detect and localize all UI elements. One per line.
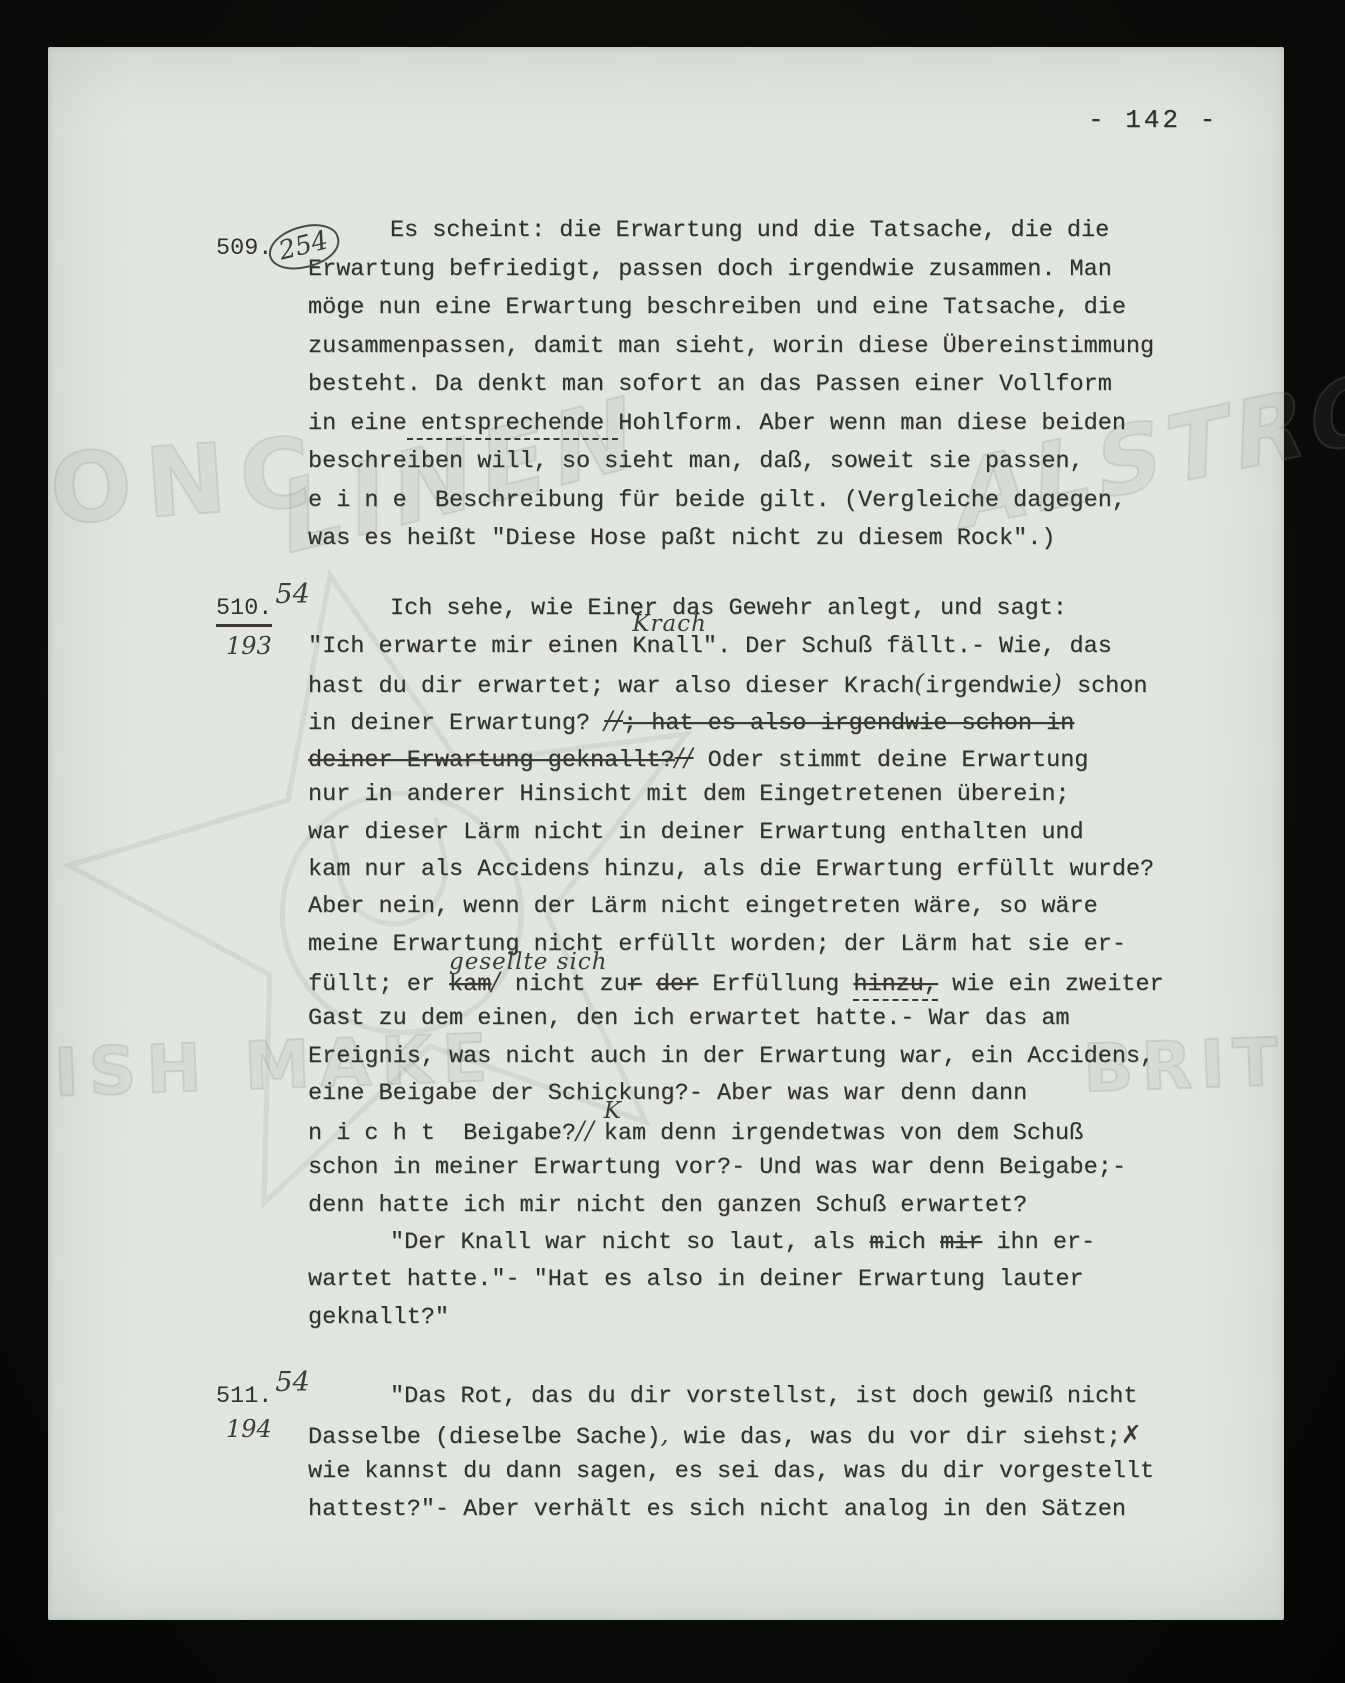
typed-text: Ich sehe, wie Einer das Gewehr anlegt, u…	[390, 595, 1067, 622]
typed-text: meine Erwartung nicht erfüllt worden; de…	[308, 931, 1126, 958]
typed-text: was es heißt "Diese Hose paßt nicht zu d…	[308, 525, 1055, 552]
margin-notes: 510.54193	[216, 590, 308, 660]
text-line: hattest?"- Aber verhält es sich nicht an…	[308, 1491, 1208, 1529]
text-line: Gast zu dem einen, den ich erwartet hatt…	[308, 1000, 1208, 1037]
text-line: "Das Rot, das du dir vorstellst, ist doc…	[308, 1378, 1208, 1416]
section-510: 510.54193Ich sehe, wie Einer das Gewehr …	[308, 590, 1208, 1336]
typed-text: zusammenpassen, damit man sieht, worin d…	[308, 333, 1154, 360]
struck-underlined-text: hinzu,	[853, 971, 938, 1001]
margin-notes: 509.254	[216, 212, 308, 268]
typed-text: e i n e Beschreibung für beide gilt. (Ve…	[308, 487, 1126, 514]
section-number: 511.	[216, 1383, 272, 1410]
text-line: n i c h t Beigabe?// Kkam denn irgendetw…	[308, 1112, 1208, 1149]
section-number: 510.	[216, 596, 272, 627]
text-line: möge nun eine Erwartung beschreiben und …	[308, 289, 1208, 328]
struck-text: r	[628, 971, 642, 998]
handwritten-sup-note: 54	[275, 1367, 309, 1398]
struck-text: m	[869, 1229, 883, 1256]
handwritten-mark: (	[914, 669, 925, 698]
text-line: wartet hatte."- "Hat es also in deiner E…	[308, 1261, 1208, 1298]
text-line: Aber nein, wenn der Lärm nicht eingetret…	[308, 888, 1208, 925]
typed-text: denn hatte ich mir nicht den ganzen Schu…	[308, 1192, 1027, 1219]
struck-text: mir	[940, 1229, 982, 1256]
typed-text: beschreiben will, so sieht man, daß, sow…	[308, 448, 1084, 475]
handwritten-sub-note: 193	[226, 632, 272, 660]
text-line: geknallt?"	[308, 1299, 1208, 1336]
typed-text: nur in anderer Hinsicht mit dem Eingetre…	[308, 781, 1070, 808]
typed-text: möge nun eine Erwartung beschreiben und …	[308, 294, 1126, 321]
text-line: schon in meiner Erwartung vor?- Und was …	[308, 1149, 1208, 1186]
typed-text: Knall". Der Schuß fällt.- Wie, das	[632, 633, 1111, 660]
typed-text: Erwartung befriedigt, passen doch irgend…	[308, 256, 1112, 283]
struck-text: ; hat es also irgendwie schon in	[623, 710, 1074, 737]
typed-text: in eine	[308, 410, 407, 437]
typed-text: in deiner Erwartung?	[308, 710, 604, 737]
section-511: 511.54194"Das Rot, das du dir vorstellst…	[308, 1378, 1208, 1528]
typed-text: schon	[1063, 673, 1148, 700]
section-509: 509.254Es scheint: die Erwartung und die…	[308, 212, 1208, 559]
typed-text: kam nur als Accidens hinzu, als die Erwa…	[308, 856, 1154, 883]
section-number: 509.	[216, 235, 272, 262]
text-line: "Ich erwarte mir einen KrachKnall". Der …	[308, 627, 1208, 664]
text-line: was es heißt "Diese Hose paßt nicht zu d…	[308, 520, 1208, 559]
text-line: war dieser Lärm nicht in deiner Erwartun…	[308, 814, 1208, 851]
struck-text: kam	[449, 971, 491, 998]
typed-text: Oder stimmt deine Erwartung	[694, 747, 1089, 774]
text-line: Es scheint: die Erwartung und die Tatsac…	[308, 212, 1208, 251]
text-line: denn hatte ich mir nicht den ganzen Schu…	[308, 1187, 1208, 1224]
handwritten-mark: //	[576, 1116, 604, 1145]
typed-text: besteht. Da denkt man sofort an das Pass…	[308, 371, 1112, 398]
watermark-text: ONC	[46, 416, 328, 547]
typed-text: Dasselbe (dieselbe Sache)	[308, 1424, 661, 1451]
typed-text: "Der Knall war nicht so laut, als	[390, 1229, 869, 1256]
handwritten-sup-note: 54	[275, 579, 309, 610]
text-line: in eine entsprechende Hohlform. Aber wen…	[308, 405, 1208, 444]
text-line: besteht. Da denkt man sofort an das Pass…	[308, 366, 1208, 405]
typed-text: Es scheint: die Erwartung und die Tatsac…	[390, 217, 1109, 244]
text-line: Erwartung befriedigt, passen doch irgend…	[308, 251, 1208, 290]
text-line: kam nur als Accidens hinzu, als die Erwa…	[308, 851, 1208, 888]
typed-text: ich	[884, 1229, 940, 1256]
scanned-typescript-page: { "page": { "number": "- 142 -" }, "colo…	[0, 0, 1345, 1683]
text-line: e i n e Beschreibung für beide gilt. (Ve…	[308, 482, 1208, 521]
text-line: Dasselbe (dieselbe Sache), wie das, was …	[308, 1416, 1208, 1454]
typed-text: Ereignis, was nicht auch in der Erwartun…	[308, 1043, 1154, 1070]
struck-handwritten-mark: //	[604, 706, 623, 735]
typed-text: eine Beigabe der Schickung?- Aber was wa…	[308, 1080, 1027, 1107]
paper-sheet: ONC LINEN ALSTRO ISH MAKE BRIT - 142 - 5…	[48, 47, 1284, 1620]
typed-text: irgendwie	[925, 673, 1052, 700]
typed-text: "Das Rot, das du dir vorstellst, ist doc…	[390, 1383, 1137, 1410]
struck-text: deiner Erwartung geknallt?	[308, 747, 675, 774]
typed-text: nicht zu	[501, 971, 628, 998]
typed-text: wie das, was du vor dir siehst;	[670, 1424, 1121, 1451]
text-line: füllt; er gesellte sichkam/ nicht zur de…	[308, 963, 1208, 1000]
typed-text: kam denn irgendetwas von dem Schuß	[604, 1120, 1083, 1147]
handwritten-sub-note: 194	[226, 1415, 272, 1443]
text-line: Ich sehe, wie Einer das Gewehr anlegt, u…	[308, 590, 1208, 627]
text-line: eine Beigabe der Schickung?- Aber was wa…	[308, 1075, 1208, 1112]
underlined-text: entsprechende	[407, 410, 619, 440]
typed-text: n i c h t Beigabe?	[308, 1120, 576, 1147]
handwritten-mark: ✗	[1121, 1420, 1143, 1449]
struck-handwritten-mark: //	[675, 743, 694, 772]
text-line: hast du dir erwartet; war also dieser Kr…	[308, 665, 1208, 702]
typed-text: Gast zu dem einen, den ich erwartet hatt…	[308, 1005, 1070, 1032]
page-number: - 142 -	[1088, 105, 1218, 135]
text-line: meine Erwartung nicht erfüllt worden; de…	[308, 926, 1208, 963]
text-line: "Der Knall war nicht so laut, als mich m…	[308, 1224, 1208, 1261]
typed-text: "Ich erwarte mir einen	[308, 633, 632, 660]
typed-text: ihn er-	[982, 1229, 1095, 1256]
typed-text: hast du dir erwartet; war also dieser Kr…	[308, 673, 914, 700]
text-line: Ereignis, was nicht auch in der Erwartun…	[308, 1038, 1208, 1075]
typed-text: wie ein zweiter	[938, 971, 1164, 998]
text-line: nur in anderer Hinsicht mit dem Eingetre…	[308, 776, 1208, 813]
typed-text: wie kannst du dann sagen, es sei das, wa…	[308, 1458, 1154, 1485]
struck-text: der	[656, 971, 698, 998]
text-line: deiner Erwartung geknallt?// Oder stimmt…	[308, 739, 1208, 776]
typed-text: wartet hatte."- "Hat es also in deiner E…	[308, 1266, 1084, 1293]
typed-text	[642, 971, 656, 998]
handwritten-mark: )	[1052, 669, 1063, 698]
typed-text: war dieser Lärm nicht in deiner Erwartun…	[308, 819, 1084, 846]
text-line: wie kannst du dann sagen, es sei das, wa…	[308, 1453, 1208, 1491]
typed-text: hattest?"- Aber verhält es sich nicht an…	[308, 1496, 1126, 1523]
typed-text: Aber nein, wenn der Lärm nicht eingetret…	[308, 893, 1098, 920]
handwritten-mark: ,	[661, 1420, 670, 1449]
text-line: in deiner Erwartung? //; hat es also irg…	[308, 702, 1208, 739]
text-line: beschreiben will, so sieht man, daß, sow…	[308, 443, 1208, 482]
typed-text: geknallt?"	[308, 1304, 449, 1331]
typed-text: schon in meiner Erwartung vor?- Und was …	[308, 1154, 1126, 1181]
margin-notes: 511.54194	[216, 1378, 308, 1443]
typed-text: füllt; er	[308, 971, 449, 998]
text-line: zusammenpassen, damit man sieht, worin d…	[308, 328, 1208, 367]
typed-text: Hohlform. Aber wenn man diese beiden	[618, 410, 1126, 437]
typed-text: Erfüllung	[698, 971, 853, 998]
